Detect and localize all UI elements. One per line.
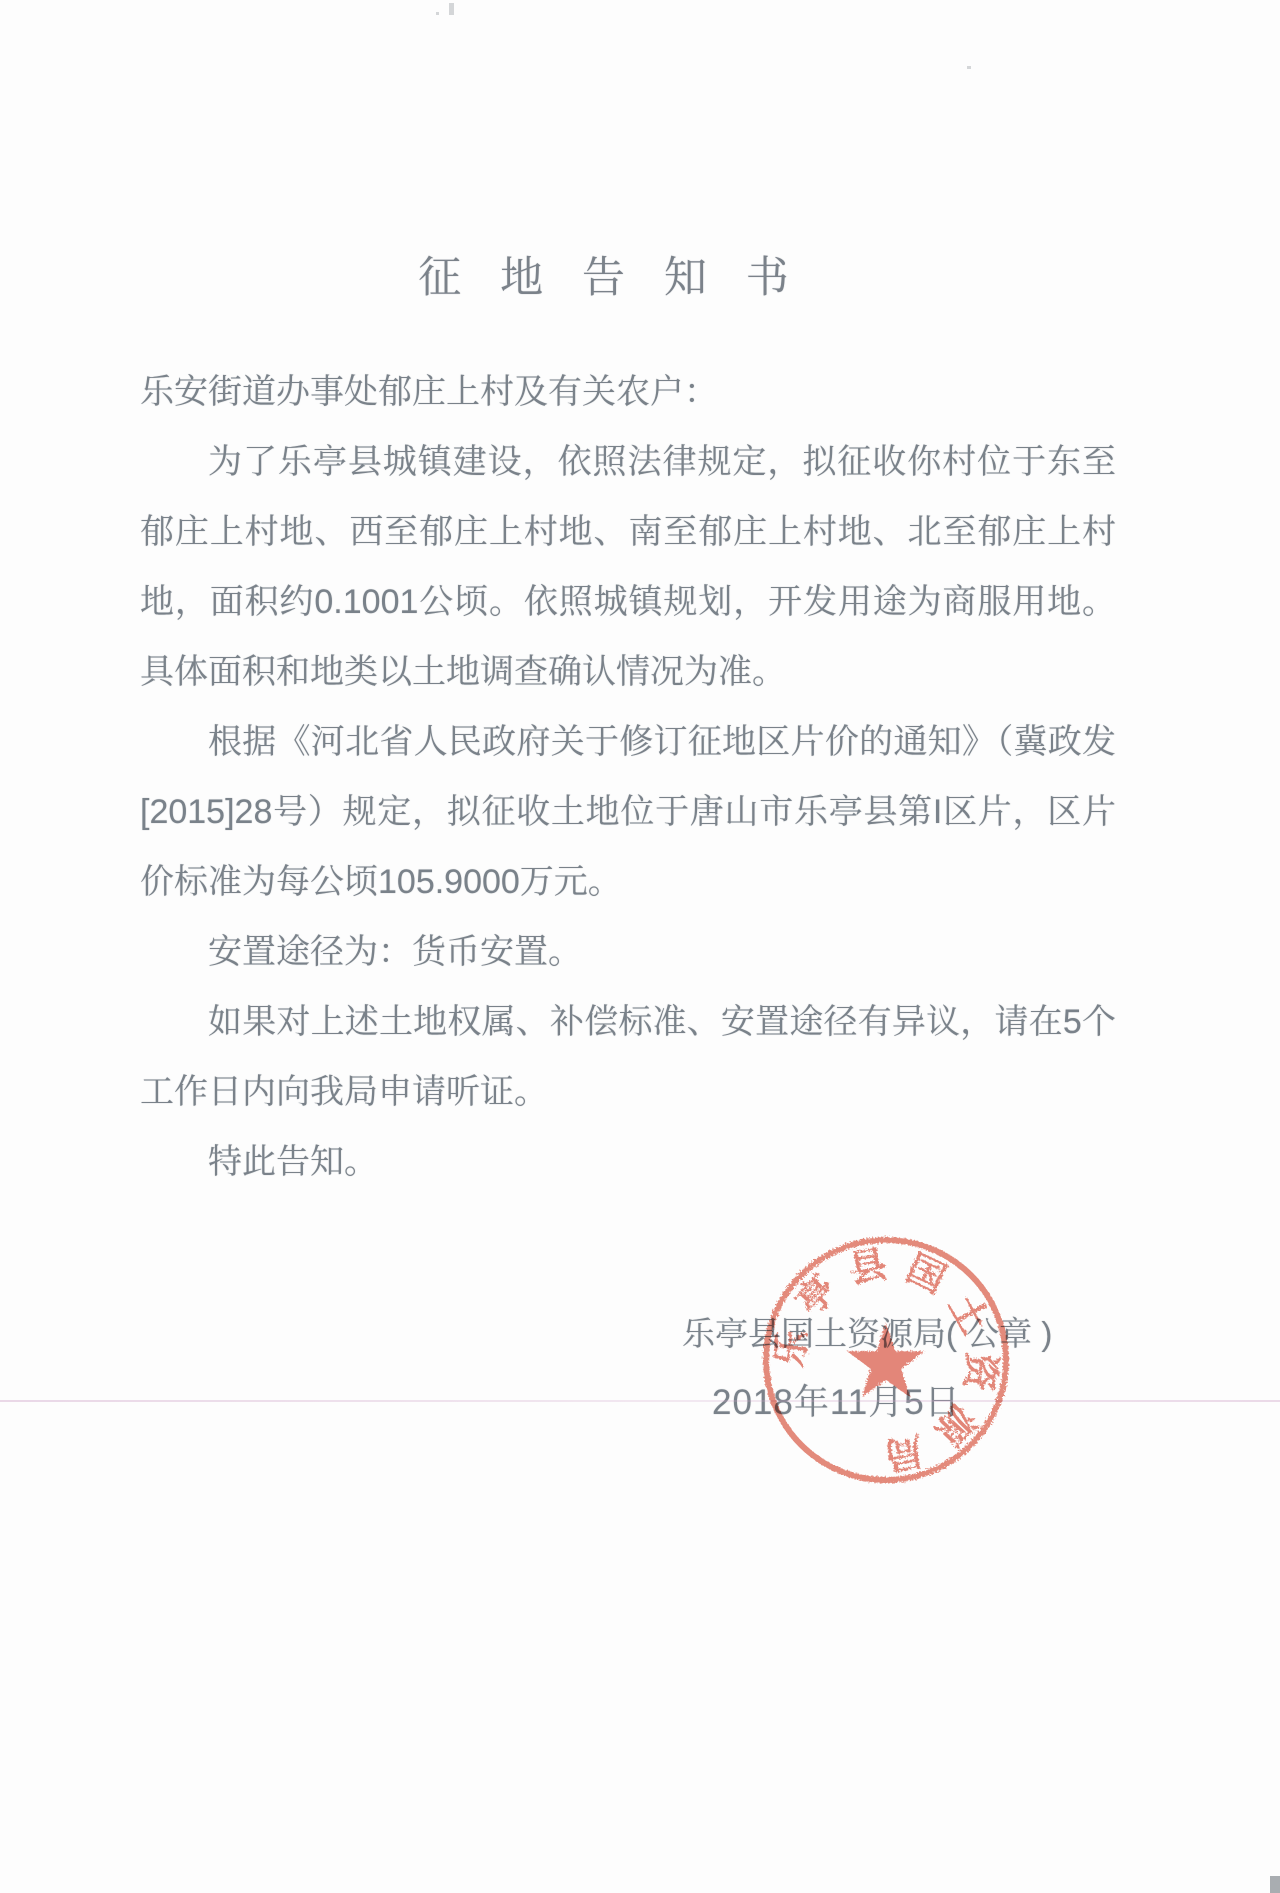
seal-character: 县 <box>845 1243 890 1291</box>
paragraph-hearing-rights: 如果对上述土地权属、补偿标准、安置途径有异议，请在5个工作日内向我局申请听证。 <box>140 987 1116 1127</box>
scan-speck <box>449 3 454 15</box>
addressee-line: 乐安街道办事处郁庄上村及有关农户： <box>140 357 1116 427</box>
paragraph-closing: 特此告知。 <box>140 1127 1116 1197</box>
scan-fold-line <box>0 1400 1280 1402</box>
paragraph-land-scope: 为了乐亭县城镇建设，依照法律规定，拟征收你村位于东至郁庄上村地、西至郁庄上村地、… <box>140 427 1116 707</box>
seal-star-icon <box>847 1323 925 1397</box>
paragraph-compensation: 根据《河北省人民政府关于修订征地区片价的通知》（冀政发[2015]28号）规定，… <box>140 707 1116 917</box>
paragraph-resettlement: 安置途径为：货币安置。 <box>140 917 1116 987</box>
scan-speck <box>1270 1876 1280 1893</box>
scan-speck <box>967 66 971 69</box>
document-body: 乐安街道办事处郁庄上村及有关农户： 为了乐亭县城镇建设，依照法律规定，拟征收你村… <box>140 357 1116 1197</box>
scan-speck <box>436 12 439 15</box>
seal-character: 乐 <box>770 1326 816 1370</box>
page-title: 征 地 告 知 书 <box>0 251 1212 305</box>
document-page: 征 地 告 知 书 乐安街道办事处郁庄上村及有关农户： 为了乐亭县城镇建设，依照… <box>0 0 1280 1893</box>
official-seal: 乐 亭 县 国 土 资 源 局 <box>754 1228 1018 1492</box>
seal-character: 资 <box>956 1350 1002 1394</box>
seal-character: 局 <box>881 1428 926 1476</box>
